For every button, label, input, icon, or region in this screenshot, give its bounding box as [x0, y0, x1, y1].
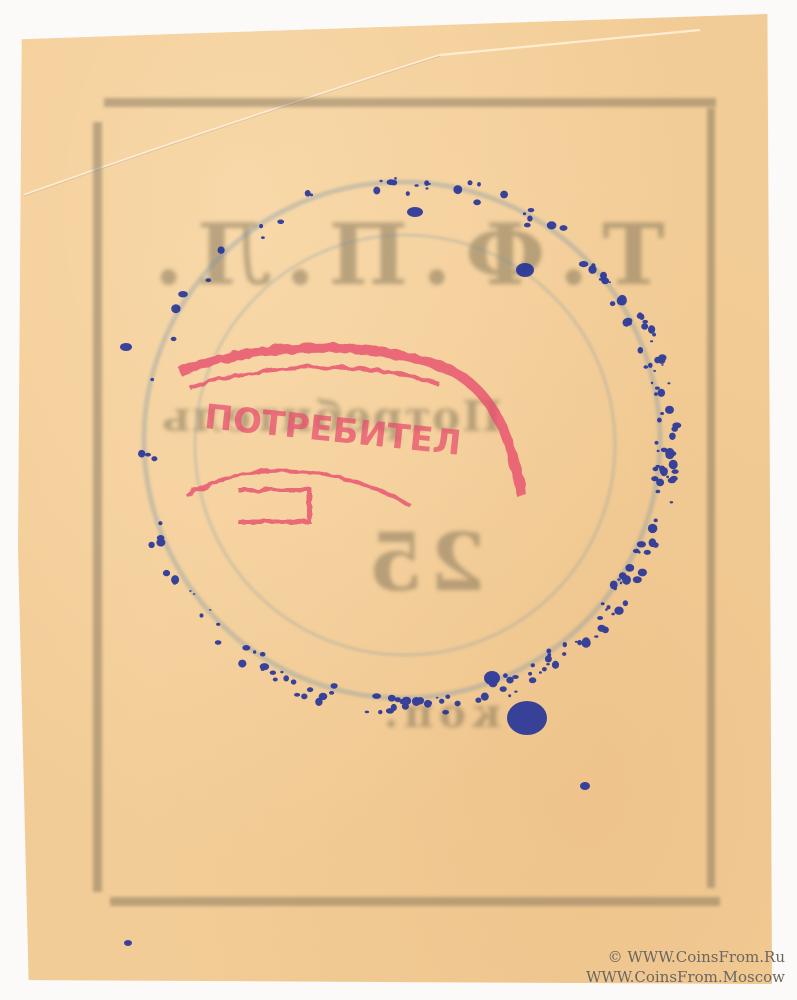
watermark-line-2: WWW.CoinsFrom.Moscow: [586, 968, 785, 986]
red-stamp-text: ПОТРЕБИТЕЛ: [203, 397, 464, 464]
watermark-line-1: © WWW.CoinsFrom.Ru: [608, 948, 785, 966]
blue-ink-speckles: [120, 177, 681, 946]
stamps-layer: ПОТРЕБИТЕЛ: [0, 0, 797, 1000]
